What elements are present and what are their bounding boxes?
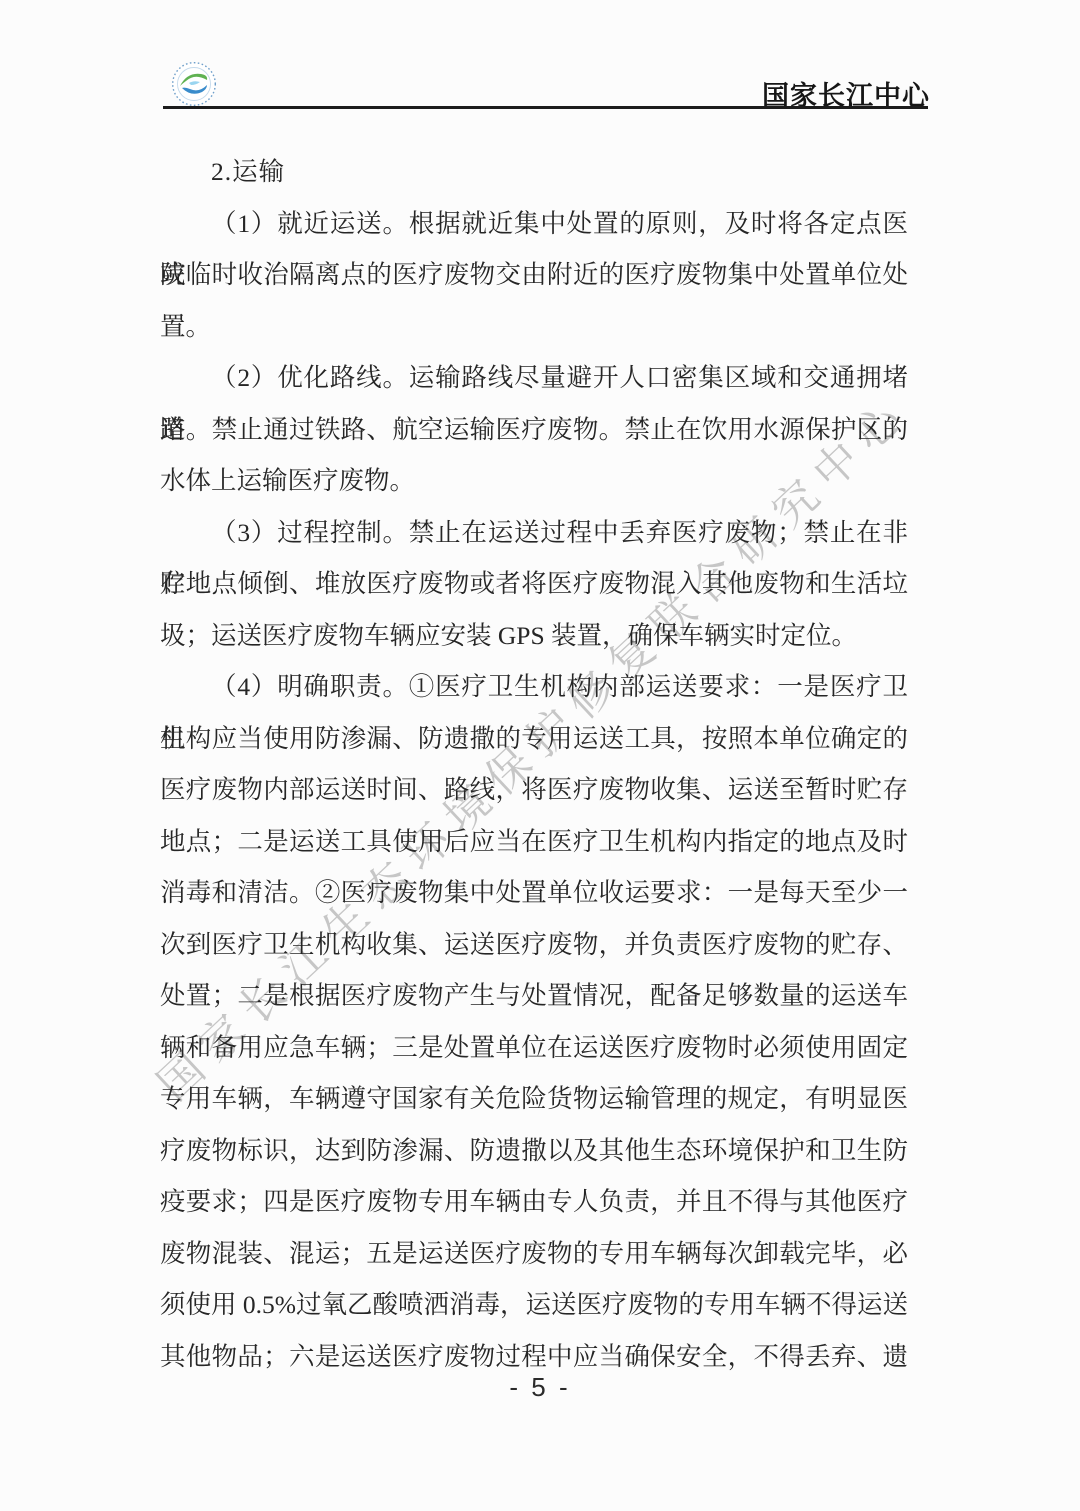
text-line: 地点；二是运送工具使用后应当在医疗卫生机构内指定的地点及时 — [160, 816, 908, 868]
text-line: 医疗废物内部运送时间、路线，将医疗废物收集、运送至暂时贮存 — [160, 764, 908, 816]
text-line: 专用车辆，车辆遵守国家有关危险货物运输管理的规定，有明显医 — [160, 1073, 908, 1125]
text-line: 消毒和清洁。②医疗废物集中处置单位收运要求：一是每天至少一 — [160, 867, 908, 919]
text-line: （4）明确职责。①医疗卫生机构内部运送要求：一是医疗卫生 — [160, 661, 908, 713]
text-line: 疫要求；四是医疗废物专用车辆由专人负责，并且不得与其他医疗 — [160, 1176, 908, 1228]
text-line: 水体上运输医疗废物。 — [160, 455, 908, 507]
text-line: （1）就近运送。根据就近集中处置的原则，及时将各定点医院 — [160, 198, 908, 250]
text-line: 废物混装、混运；五是运送医疗废物的专用车辆每次卸载完毕，必 — [160, 1228, 908, 1280]
document-page: 国家长江中心 国家长江生态环境保护修复联合研究中心 2.运输（1）就近运送。根据… — [0, 0, 1080, 1511]
text-line: 机构应当使用防渗漏、防遗撒的专用运送工具，按照本单位确定的 — [160, 713, 908, 765]
text-line: 圾；运送医疗废物车辆应安装 GPS 装置，确保车辆实时定位。 — [160, 610, 908, 662]
text-line: 须使用 0.5%过氧乙酸喷洒消毒，运送医疗废物的专用车辆不得运送 — [160, 1279, 908, 1331]
text-line: 辆和备用应急车辆；三是处置单位在运送医疗废物时必须使用固定 — [160, 1022, 908, 1074]
page-header: 国家长江中心 — [0, 0, 1080, 110]
page-footer: - 5 - — [0, 1372, 1080, 1403]
text-line: 置。 — [160, 301, 908, 353]
text-line: 处置；二是根据医疗废物产生与处置情况，配备足够数量的运送车 — [160, 970, 908, 1022]
text-line: 2.运输 — [160, 146, 908, 198]
page-number: - 5 - — [509, 1372, 570, 1402]
text-line: 次到医疗卫生机构收集、运送医疗废物，并负责医疗废物的贮存、 — [160, 919, 908, 971]
text-line: （3）过程控制。禁止在运送过程中丢弃医疗废物；禁止在非贮 — [160, 507, 908, 559]
header-divider — [163, 106, 928, 109]
text-line: 存地点倾倒、堆放医疗废物或者将医疗废物混入其他废物和生活垃 — [160, 558, 908, 610]
text-line: 路。禁止通过铁路、航空运输医疗废物。禁止在饮用水源保护区的 — [160, 404, 908, 456]
text-line: 或临时收治隔离点的医疗废物交由附近的医疗废物集中处置单位处 — [160, 249, 908, 301]
text-line: （2）优化路线。运输路线尽量避开人口密集区域和交通拥堵道 — [160, 352, 908, 404]
document-body: 2.运输（1）就近运送。根据就近集中处置的原则，及时将各定点医院或临时收治隔离点… — [160, 146, 908, 1382]
text-line: 疗废物标识，达到防渗漏、防遗撒以及其他生态环境保护和卫生防 — [160, 1125, 908, 1177]
yangtze-center-logo-icon — [171, 61, 217, 107]
